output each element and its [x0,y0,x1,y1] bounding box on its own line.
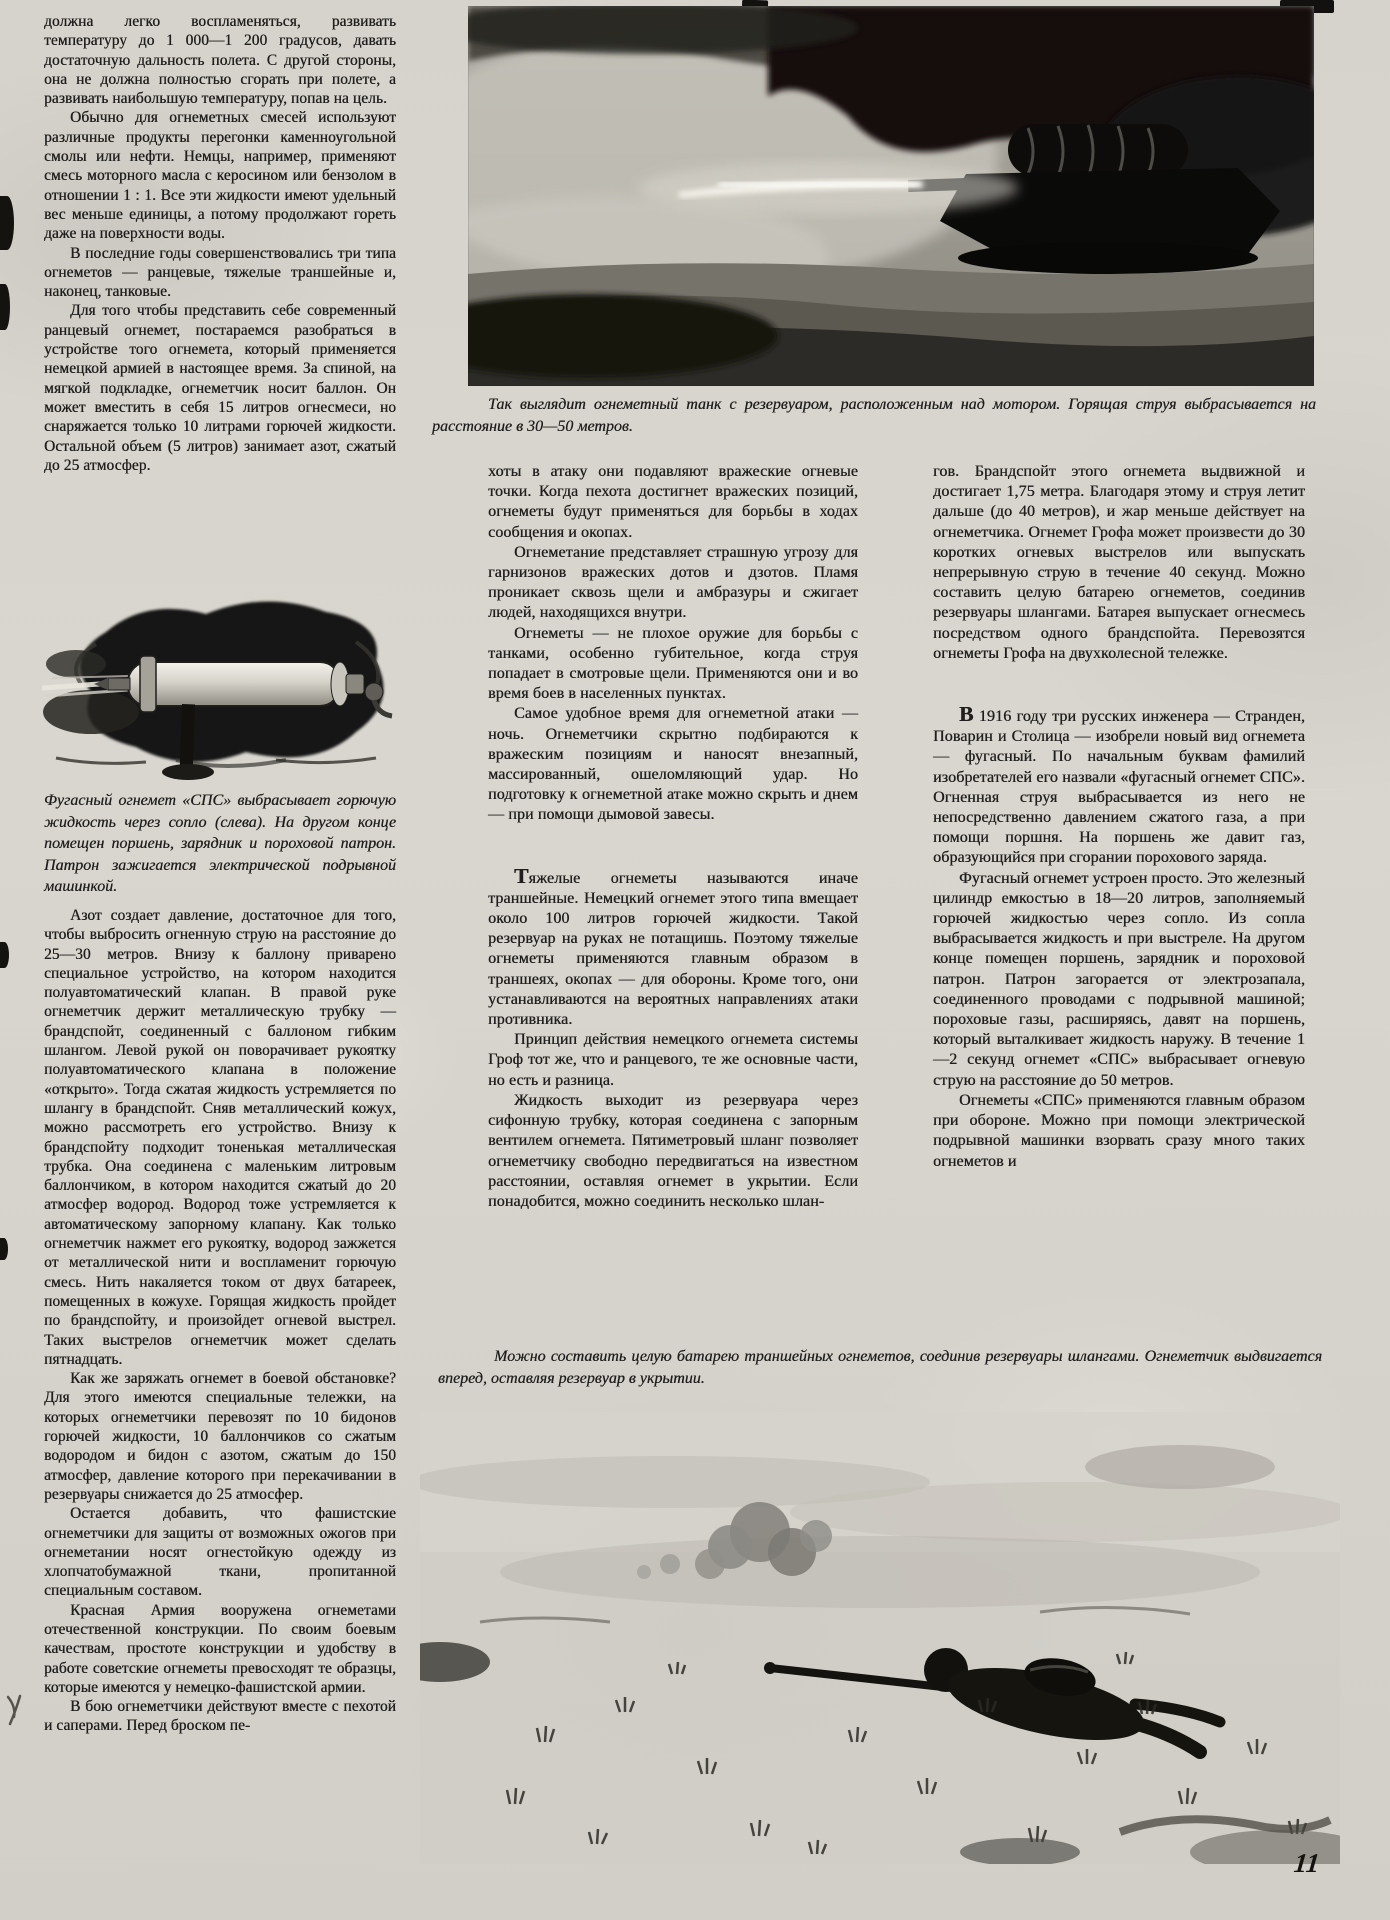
bottom-caption: Можно составить целую батарею траншейных… [438,1346,1322,1389]
paragraph: Огнеметы «СПС» применяются главным образ… [933,1091,1305,1172]
paragraph: Обычно для огнеметных смесей используют … [44,108,396,243]
paragraph: В бою огнеметчики действуют вместе с пех… [44,1697,396,1736]
paragraph: Красная Армия вооружена огнеметами отече… [44,1601,396,1697]
paragraph: Фугасный огнемет устроен просто. Это жел… [933,869,1305,1091]
paper-speck [0,284,10,330]
photo-caption: Так выглядит огнеметный танк с резервуар… [432,394,1316,437]
paragraph: В последние годы совершенствовались три … [44,244,396,302]
paragraph: должна легко воспламеняться, развивать т… [44,12,396,108]
left-column-top: должна легко воспламеняться, развивать т… [44,12,396,475]
paper-speck [0,942,9,968]
left-column-bottom: Азот создает давление, достаточное для т… [44,906,396,1736]
paragraph: Азот создает давление, достаточное для т… [44,906,396,1369]
paragraph: В 1916 году три русских инженера — Стран… [933,704,1305,869]
paragraph: Самое удобное время для огнеметной атаки… [488,704,858,825]
middle-column: хоты в атаку они подавляют вражеские огн… [488,462,858,1212]
paragraph: Огнеметы — не плохое оружие для борьбы с… [488,624,858,705]
paper-speck [0,1238,8,1260]
flamethrower-tank-photo [468,6,1314,386]
paragraph: Огнеметание представляет страшную угрозу… [488,543,858,624]
paragraph: Жидкость выходит из резервуара через сиф… [488,1091,858,1212]
sps-flamethrower-drawing [36,592,402,780]
magazine-page: должна легко воспламеняться, развивать т… [0,0,1390,1920]
drawing-caption: Фугасный огнемет «СПС» выбрасывает горюч… [44,790,396,898]
paper-speck [0,196,14,250]
paragraph: Как же заряжать огнемет в боевой обстано… [44,1369,396,1504]
paragraph: Принцип действия немецкого огнемета сист… [488,1030,858,1091]
crawling-flamethrower-illustration [420,1412,1340,1864]
page-number: 11 [1292,1848,1321,1879]
pencil-mark [4,1694,26,1728]
paragraph: хоты в атаку они подавляют вражеские огн… [488,462,858,543]
paragraph: гов. Брандспойт этого огнемета выдвижной… [933,462,1305,664]
paragraph: Для того чтобы представить себе современ… [44,301,396,475]
paragraph: Тяжелые огнеметы называются иначе транше… [488,866,858,1031]
right-column: гов. Брандспойт этого огнемета выдвижной… [933,462,1305,1172]
paragraph: Остается добавить, что фашистские огнеме… [44,1504,396,1600]
